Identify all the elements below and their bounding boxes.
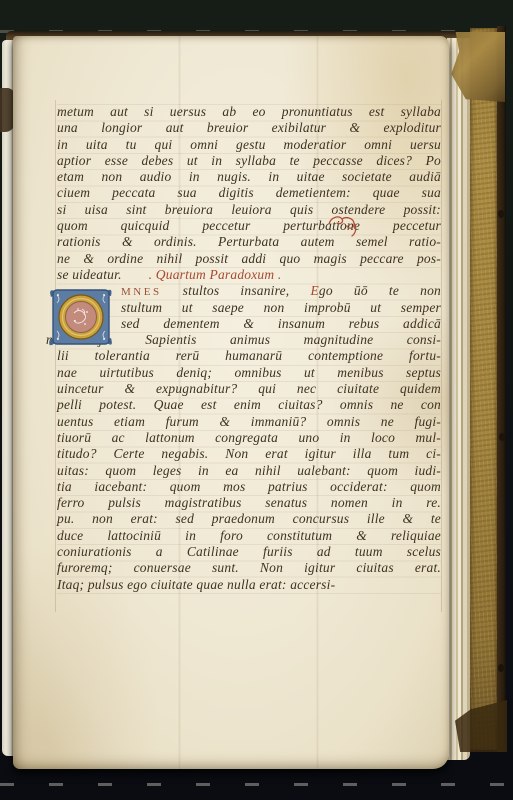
text-line: etam non audio in nugis. in uitae societ… — [57, 169, 441, 185]
body-text: sed dementem & insanum rebus addicā — [121, 316, 441, 331]
body-text: duce lattociniū in foro constitutum & re… — [57, 528, 441, 543]
binding-hole — [498, 664, 504, 672]
body-text: una longior aut breuior exibilatur & exp… — [57, 120, 441, 135]
manuscript-page: metum aut si uersus ab eo pronuntiatus e… — [13, 36, 449, 769]
body-text: ciuem peccata sua digitis demetientem: q… — [57, 185, 441, 200]
text-line: sed dementem & insanum rebus addicā — [121, 316, 441, 332]
body-text: metum aut si uersus ab eo pronuntiatus e… — [57, 104, 441, 119]
body-text: furoremq; conuersae sunt. Non igitur ciu… — [57, 560, 441, 575]
text-line: coniurationis a Catilinae furiis ad tuum… — [57, 544, 441, 560]
body-text: aptior esse debes ut in syllaba te pecca… — [57, 153, 441, 168]
body-text: coniurationis a Catilinae furiis ad tuum… — [57, 544, 441, 559]
text-line: tia iacebant: quom mos patrius occiderat… — [57, 479, 441, 495]
manicule-icon — [327, 211, 361, 245]
text-line: pelli potest. Quae est enim ciuitas? omn… — [57, 397, 441, 413]
text-line: ne & ordine nihil possit addi quo magis … — [57, 251, 441, 267]
text-line: ferro pulsis magistratibus senatus nomen… — [57, 495, 441, 511]
text-block: metum aut si uersus ab eo pronuntiatus e… — [57, 104, 441, 596]
text-line: lii tolerantia rerū humanarū contemption… — [57, 348, 441, 364]
text-line: titudo? Certe negabis. Non erat igitur i… — [57, 446, 441, 462]
text-line: una longior aut breuior exibilatur & exp… — [57, 120, 441, 136]
body-text: ne & ordine nihil possit addi quo magis … — [57, 251, 441, 266]
body-text: pu. non erat: sed praedonum concursus il… — [57, 511, 441, 526]
body-text: rationis & ordinis. Perturbata autem sem… — [57, 234, 441, 249]
body-text: uentus etiam furum & immaniū? omnis ne f… — [57, 414, 441, 429]
rubricated-text: MNES — [121, 286, 162, 298]
fore-edge-page-stack — [447, 38, 470, 760]
body-text: tia iacebant: quom mos patrius occiderat… — [57, 479, 441, 494]
text-line: quom quicquid peccetur perturbatione pec… — [57, 218, 441, 234]
body-text: pelli potest. Quae est enim ciuitas? omn… — [57, 397, 441, 412]
text-line: uincetur & expugnabitur? qui nec ciuitat… — [57, 381, 441, 397]
body-text: etam non audio in nugis. in uitae societ… — [57, 169, 441, 184]
body-text: nae uirtutibus deniq; omnibus ut menibus… — [57, 365, 441, 380]
body-text: tiuorū ac lattonum congregata uno in loc… — [57, 430, 441, 445]
binding-dark-strip — [497, 26, 506, 752]
text-line: uentus etiam furum & immaniū? omnis ne f… — [57, 414, 441, 430]
body-text: stultum ut saepe non improbū ut semper — [121, 300, 441, 315]
binding-hole — [498, 210, 504, 218]
text-line: pu. non erat: sed praedonum concursus il… — [57, 511, 441, 527]
text-line: si uisa sint breuiora leuiora quis osten… — [57, 202, 441, 218]
body-text: stultos insanire, — [162, 283, 311, 298]
text-line: rationis & ordinis. Perturbata autem sem… — [57, 234, 441, 250]
text-line: nae uirtutibus deniq; omnibus ut menibus… — [57, 365, 441, 381]
rubricated-text: . Quartum Paradoxum . — [149, 267, 282, 282]
rubricated-text: E — [310, 283, 318, 298]
illuminated-initial-O — [49, 287, 113, 348]
body-text: uitas: quom leges in ea nihil ualebant: … — [57, 463, 441, 478]
text-line: ciuem peccata sua digitis demetientem: q… — [57, 185, 441, 201]
body-text: Itaq; pulsus ego ciuitate quae nulla era… — [57, 577, 335, 592]
body-text: uincetur & expugnabitur? qui nec ciuitat… — [57, 381, 441, 396]
text-line: duce lattociniū in foro constitutum & re… — [57, 528, 441, 544]
scale-ruler-bottom — [0, 783, 513, 786]
text-line: furoremq; conuersae sunt. Non igitur ciu… — [57, 560, 441, 576]
text-line: metum aut si uersus ab eo pronuntiatus e… — [57, 104, 441, 120]
binding-hole — [499, 433, 505, 441]
body-text: quom quicquid peccetur perturbatione pec… — [57, 218, 441, 233]
body-text: se uideatur. — [57, 267, 122, 282]
photograph-of-manuscript: metum aut si uersus ab eo pronuntiatus e… — [0, 0, 513, 800]
text-line: uitas: quom leges in ea nihil ualebant: … — [57, 463, 441, 479]
text-line: in uita tu qui omni gestu moderatior omn… — [57, 137, 441, 153]
ruling-line-left — [55, 100, 56, 612]
text-line: Itaq; pulsus ego ciuitate quae nulla era… — [57, 577, 441, 593]
text-line: aptior esse debes ut in syllaba te pecca… — [57, 153, 441, 169]
body-text: titudo? Certe negabis. Non erat igitur i… — [57, 446, 441, 461]
body-text: si uisa sint breuiora leuiora quis osten… — [57, 202, 441, 217]
text-line: stultum ut saepe non improbū ut semper — [121, 300, 441, 316]
body-text: go ūō te non — [319, 283, 441, 298]
body-text: lii tolerantia rerū humanarū contemption… — [57, 348, 441, 363]
ruling-line-right — [441, 100, 442, 612]
binding-leather-band — [470, 28, 498, 750]
body-text: ferro pulsis magistratibus senatus nomen… — [57, 495, 441, 510]
text-line: tiuorū ac lattonum congregata uno in loc… — [57, 430, 441, 446]
text-line: se uideatur.. Quartum Paradoxum . — [57, 267, 441, 283]
body-text: in uita tu qui omni gestu moderatior omn… — [57, 137, 441, 152]
text-line: MNES stultos insanire, Ego ūō te non — [121, 283, 441, 299]
